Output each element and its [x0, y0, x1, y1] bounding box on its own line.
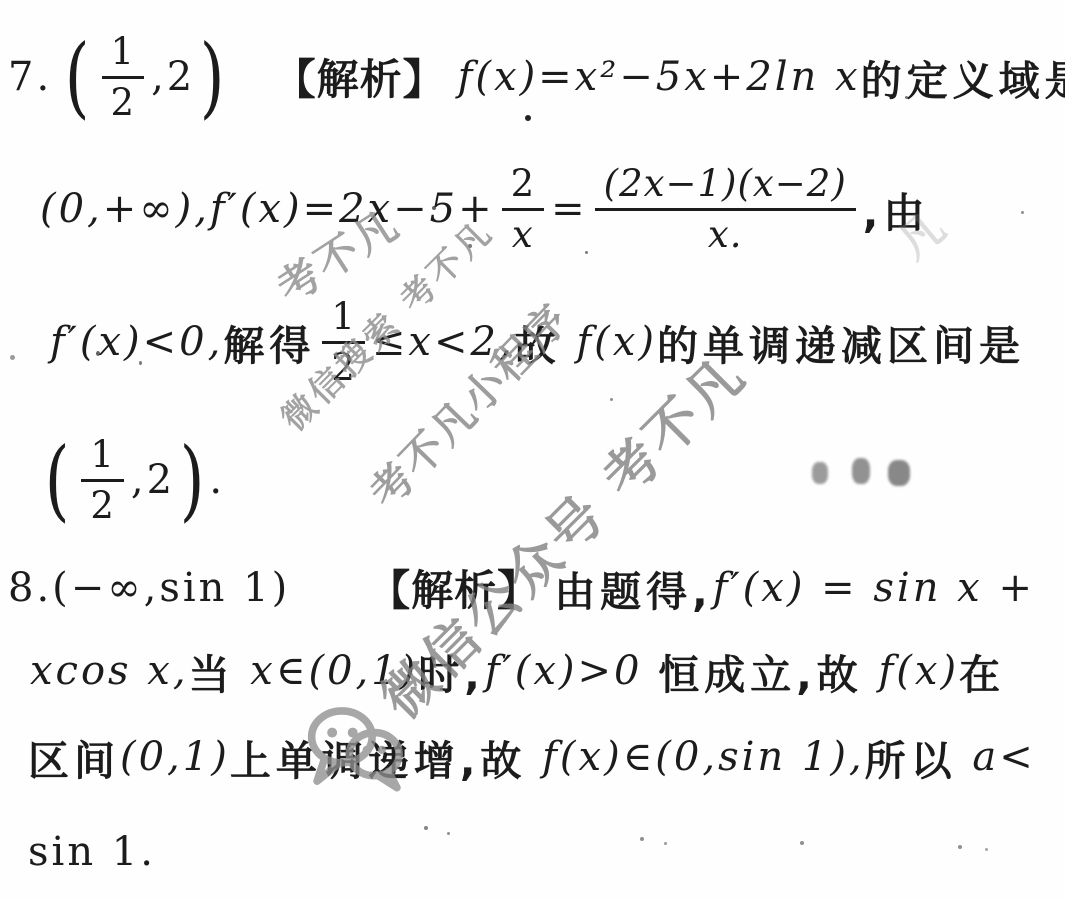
inequality-expression: f′(x)<0,: [50, 319, 223, 365]
fraction-numerator: 2: [502, 163, 545, 210]
increasing-text: 上单调递增,故: [230, 728, 527, 787]
open-paren: (: [45, 440, 70, 519]
derivative-expression: f′(x) = sin x +: [713, 565, 1035, 611]
scanned-answer-page: 7. ( 12 ,2 ) 【解析】 f(x)=x²−5x+2ln x 的定义域是…: [0, 0, 1065, 899]
derivative-expression: (0,+∞),f′(x)=2x−5+: [40, 186, 495, 232]
scan-speck: [664, 842, 667, 845]
interval-0-1: (0,1): [120, 734, 230, 780]
scan-speck: [10, 355, 15, 360]
answer-fraction: 12: [102, 31, 145, 123]
scan-speck: [424, 826, 428, 830]
fraction-denominator: 2: [111, 79, 136, 123]
scan-smudge: [812, 462, 828, 484]
scan-speck: [985, 848, 988, 851]
fraction-numerator: 1: [81, 434, 124, 481]
solution-8-line-3: 区间 (0,1) 上单调递增,故 f(x)∈(0,sin 1), 所以 a<: [28, 722, 1036, 792]
function-definition: f(x)=x²−5x+2ln x: [458, 54, 861, 100]
solution-7-line-2: (0,+∞),f′(x)=2x−5+ 2x = (2x−1)(x−2)x. ,由: [40, 148, 929, 270]
solve-text: 解得: [223, 313, 315, 372]
when-text: 当: [189, 642, 235, 701]
derivative-positive: f′(x)>0: [485, 648, 658, 694]
problem-8-answer: 8.(−∞,sin 1): [8, 565, 290, 611]
solution-8-line-1: 8.(−∞,sin 1) 【解析】 由题得, f′(x) = sin x +: [8, 556, 1035, 620]
solution-8-line-4: sin 1.: [28, 820, 156, 884]
always-holds-text: 恒成立,故: [658, 642, 863, 701]
function-symbol: f(x): [561, 319, 657, 365]
problem-7-number: 7.: [8, 54, 52, 100]
decreasing-interval-text: 的单调递减区间是: [657, 313, 1025, 372]
fraction-numerator: 1: [102, 31, 145, 78]
close-paren: ): [180, 440, 205, 519]
fraction-denominator: x.: [708, 211, 743, 255]
solution-7-line-1: 7. ( 12 ,2 ) 【解析】 f(x)=x²−5x+2ln x 的定义域是: [8, 18, 1065, 136]
x-in-interval: x∈(0,1): [235, 648, 419, 694]
factored-fraction: (2x−1)(x−2)x.: [595, 163, 856, 255]
final-period: .: [209, 457, 225, 503]
range-expression: f(x)∈(0,sin 1),: [526, 734, 864, 780]
analysis-tag: 【解析】: [274, 47, 446, 107]
from-problem-text: 由题得,: [554, 559, 713, 618]
scan-speck: [800, 841, 804, 845]
therefore-text: 故: [515, 313, 561, 372]
fraction-2-over-x: 2x: [502, 163, 545, 255]
scan-speck: [640, 837, 644, 841]
on-text: 在: [959, 642, 1005, 701]
fraction-numerator: 1: [322, 296, 365, 343]
time-text: 时,: [418, 642, 485, 701]
scan-speck: [610, 398, 613, 401]
solution-8-line-2: xcos x, 当 x∈(0,1) 时, f′(x)>0 恒成立,故 f(x) …: [30, 640, 1005, 702]
sin1-conclusion: sin 1.: [28, 829, 156, 875]
scan-smudge: [852, 458, 870, 484]
analysis-tag: 【解析】: [368, 558, 540, 618]
connector-text: ,由: [863, 180, 930, 239]
close-paren: ): [200, 37, 225, 116]
answer-rest: ,2: [131, 457, 175, 503]
function-symbol: f(x): [863, 648, 959, 694]
therefore-text: 所以: [865, 728, 957, 787]
xcosx-term: xcos x,: [30, 648, 189, 694]
answer-rest: ,2: [151, 54, 195, 100]
fraction-denominator: x: [512, 211, 534, 255]
scan-speck: [1021, 211, 1024, 214]
scan-speck: [447, 832, 450, 835]
solution-7-line-3: f′(x)<0, 解得 12 ≤x<2, 故 f(x) 的单调递减区间是: [50, 288, 1025, 396]
open-paren: (: [65, 37, 90, 116]
answer-fraction: 12: [81, 434, 124, 526]
equals-sign: =: [551, 186, 588, 232]
scan-smudge: [888, 460, 910, 486]
a-less-than: a<: [957, 734, 1036, 780]
scan-speck: [958, 845, 962, 849]
fraction-denominator: 2: [90, 482, 115, 526]
fraction-numerator: (2x−1)(x−2): [595, 163, 856, 210]
solution-7-line-4: ( 12 ,2 ) .: [40, 426, 225, 534]
fraction-denominator: 2: [331, 344, 356, 388]
interval-text: 区间: [28, 728, 120, 787]
fraction-one-half: 12: [322, 296, 365, 388]
domain-text: 的定义域是: [861, 48, 1065, 107]
interval-inequality: ≤x<2,: [372, 319, 515, 365]
